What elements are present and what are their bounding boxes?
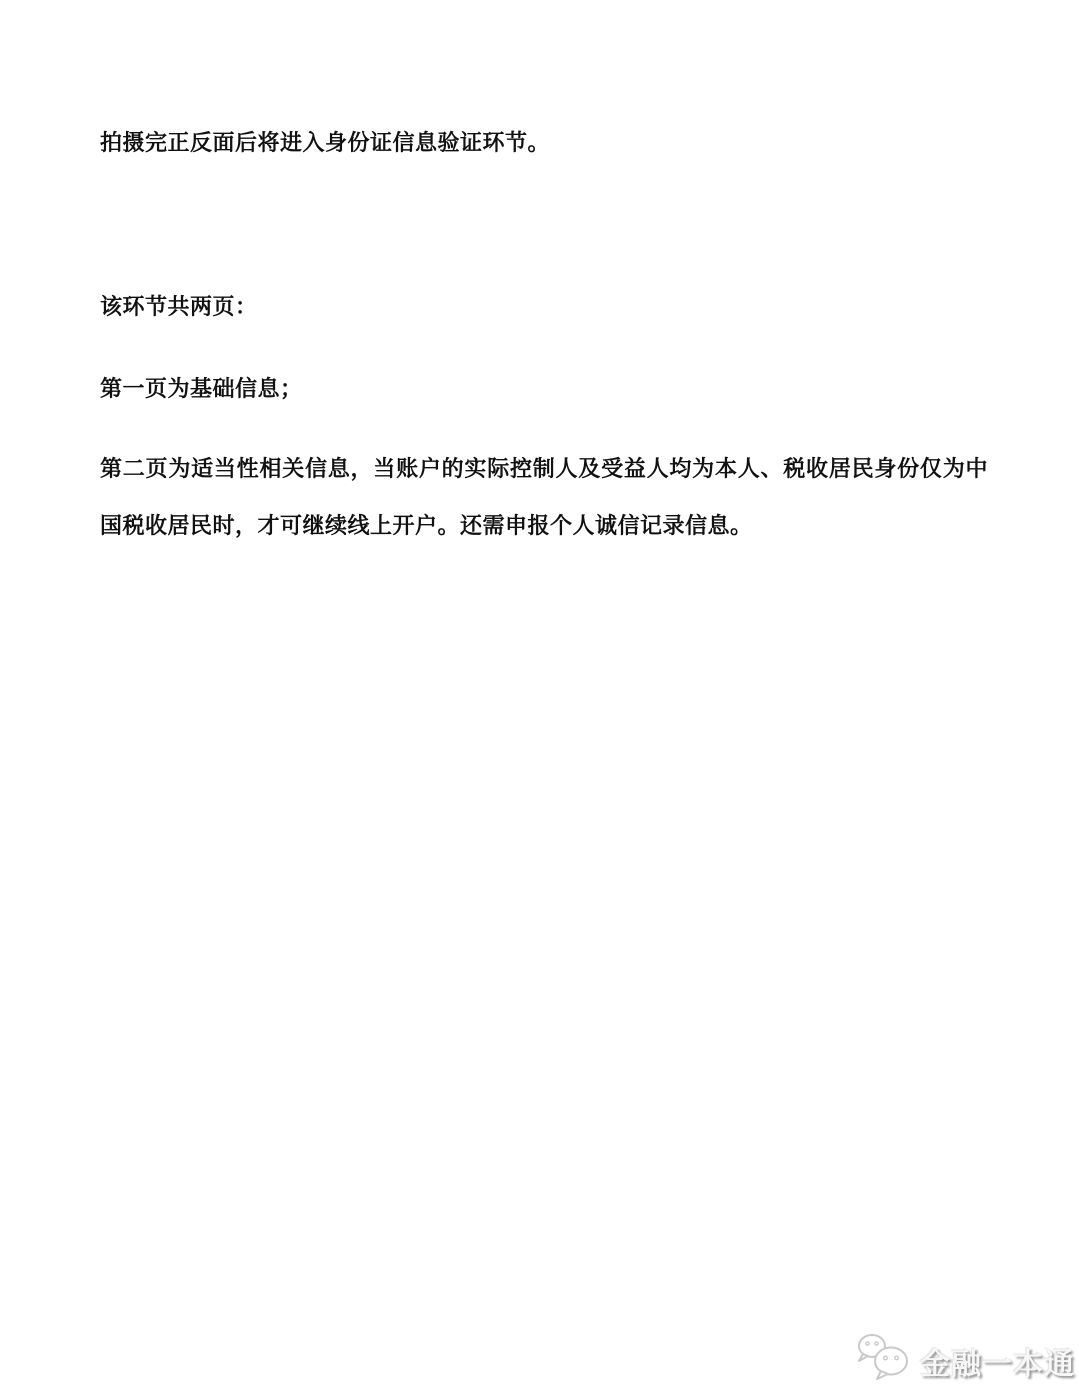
document-page: 拍摄完正反面后将进入身份证信息验证环节。 该环节共两页： 第一页为基础信息； 第… (0, 0, 1079, 1398)
paragraph-id-verification: 拍摄完正反面后将进入身份证信息验证环节。 (100, 132, 550, 154)
paragraph-page-one: 第一页为基础信息； (100, 378, 303, 400)
wechat-icon (855, 1333, 913, 1388)
paragraph-two-pages: 该环节共两页： (100, 296, 258, 318)
paragraph-page-two: 第二页为适当性相关信息，当账户的实际控制人及受益人均为本人、税收居民身份仅为中国… (100, 440, 988, 554)
brand-name-text: 金融一本通 (920, 1339, 1075, 1383)
brand-watermark: 金融一本通 (855, 1333, 1075, 1388)
